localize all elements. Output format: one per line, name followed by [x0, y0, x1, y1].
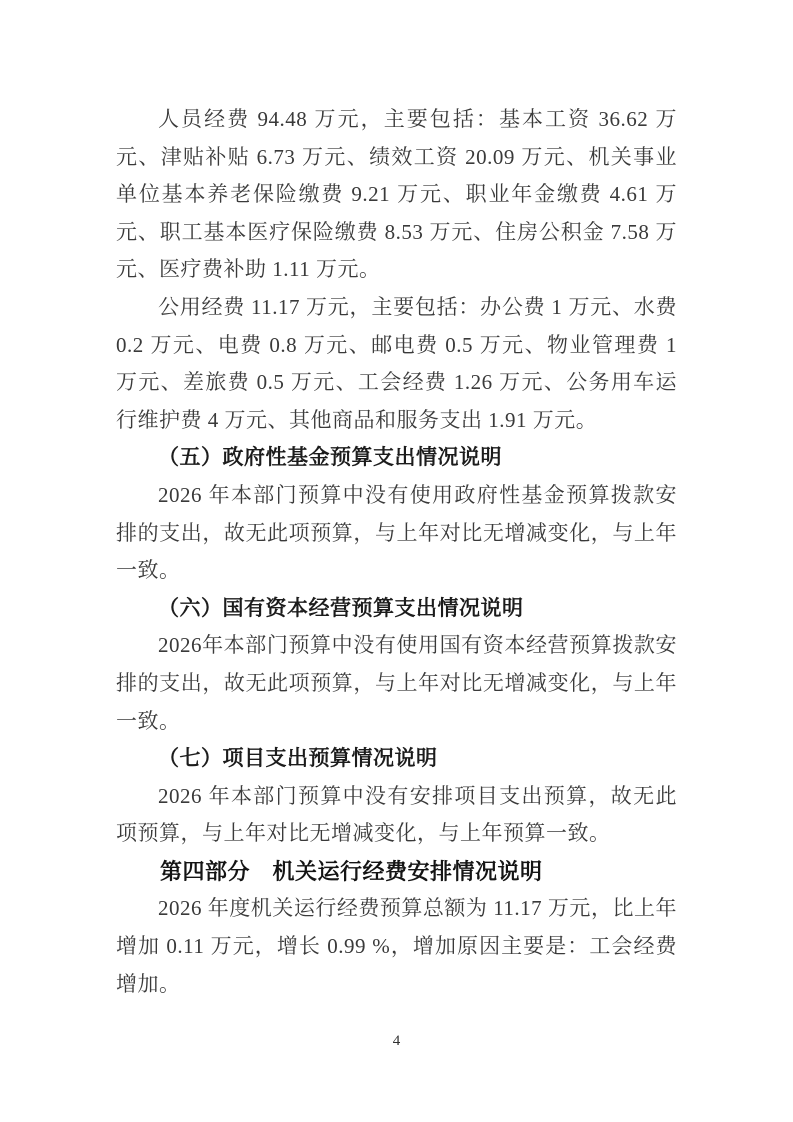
heading-part-4-operating-expenses: 第四部分 机关运行经费安排情况说明 — [116, 853, 677, 891]
paragraph-state-capital-budget: 2026年本部门预算中没有使用国有资本经营预算拨款安排的支出，故无此项预算，与上… — [116, 627, 677, 740]
paragraph-government-fund-budget: 2026 年本部门预算中没有使用政府性基金预算拨款安排的支出，故无此项预算，与上… — [116, 477, 677, 590]
heading-section-7-project-expenditure-budget: （七）项目支出预算情况说明 — [116, 740, 677, 778]
heading-section-6-state-capital-budget: （六）国有资本经营预算支出情况说明 — [116, 590, 677, 628]
document-page: 人员经费 94.48 万元，主要包括：基本工资 36.62 万元、津贴补贴 6.… — [0, 0, 793, 1122]
paragraph-operating-expenses: 2026 年度机关运行经费预算总额为 11.17 万元，比上年增加 0.11 万… — [116, 890, 677, 1003]
heading-section-5-government-fund-budget: （五）政府性基金预算支出情况说明 — [116, 439, 677, 477]
page-number: 4 — [0, 1033, 793, 1050]
document-content: 人员经费 94.48 万元，主要包括：基本工资 36.62 万元、津贴补贴 6.… — [116, 101, 677, 1003]
paragraph-public-expenses: 公用经费 11.17 万元，主要包括：办公费 1 万元、水费 0.2 万元、电费… — [116, 289, 677, 439]
paragraph-personnel-expenses: 人员经费 94.48 万元，主要包括：基本工资 36.62 万元、津贴补贴 6.… — [116, 101, 677, 289]
paragraph-project-expenditure-budget: 2026 年本部门预算中没有安排项目支出预算，故无此项预算，与上年对比无增减变化… — [116, 778, 677, 853]
